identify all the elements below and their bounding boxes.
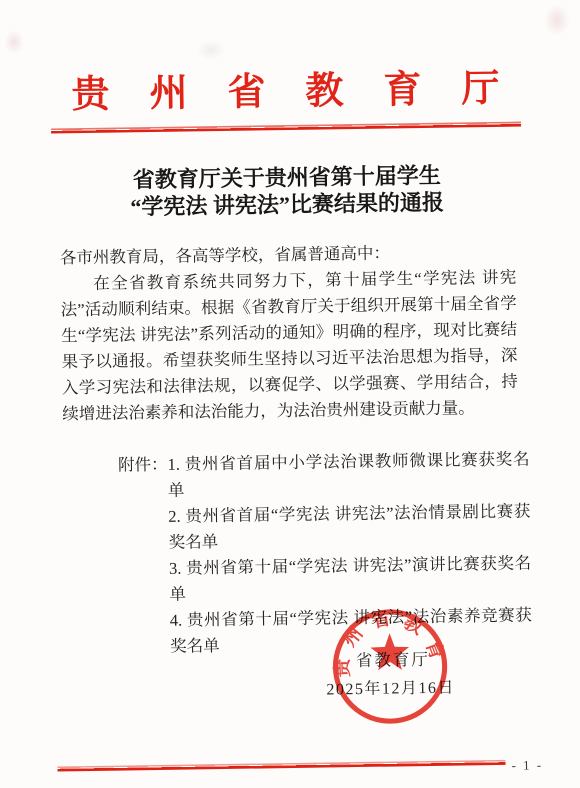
letterhead-rule [51,122,521,134]
scanned-sheet: 贵州省教育厅 省教育厅关于贵州省第十届学生 “学宪法 讲宪法”比赛结果的通报 各… [0,0,580,788]
page-number: - 1 - [511,757,543,773]
document-body: 各市州教育局，各高等学校，省属普通高中： 在全省教育系统共同努力下，第十届学生“… [60,239,519,428]
document-page: 贵州省教育厅 省教育厅关于贵州省第十届学生 “学宪法 讲宪法”比赛结果的通报 各… [0,0,580,788]
document-title: 省教育厅关于贵州省第十届学生 “学宪法 讲宪法”比赛结果的通报 [0,160,577,223]
attachments-label: 附件： [118,452,171,661]
body-paragraph: 在全省教育系统共同努力下，第十届学生“学宪法 讲宪法”活动顺利结束。根据《省教育… [60,265,518,428]
attachment-item: 1. 贵州省首届中小学法治课教师微课比赛获奖名单 [167,446,530,503]
footer-rule [58,760,506,772]
attachment-item: 2. 贵州省首届“学宪法 讲宪法”法治情景剧比赛获奖名单 [168,498,531,555]
seal-star [370,633,409,670]
letterhead-title: 贵州省教育厅 [0,56,576,120]
official-seal-stamp: 贵州省教育厅 [311,591,469,741]
